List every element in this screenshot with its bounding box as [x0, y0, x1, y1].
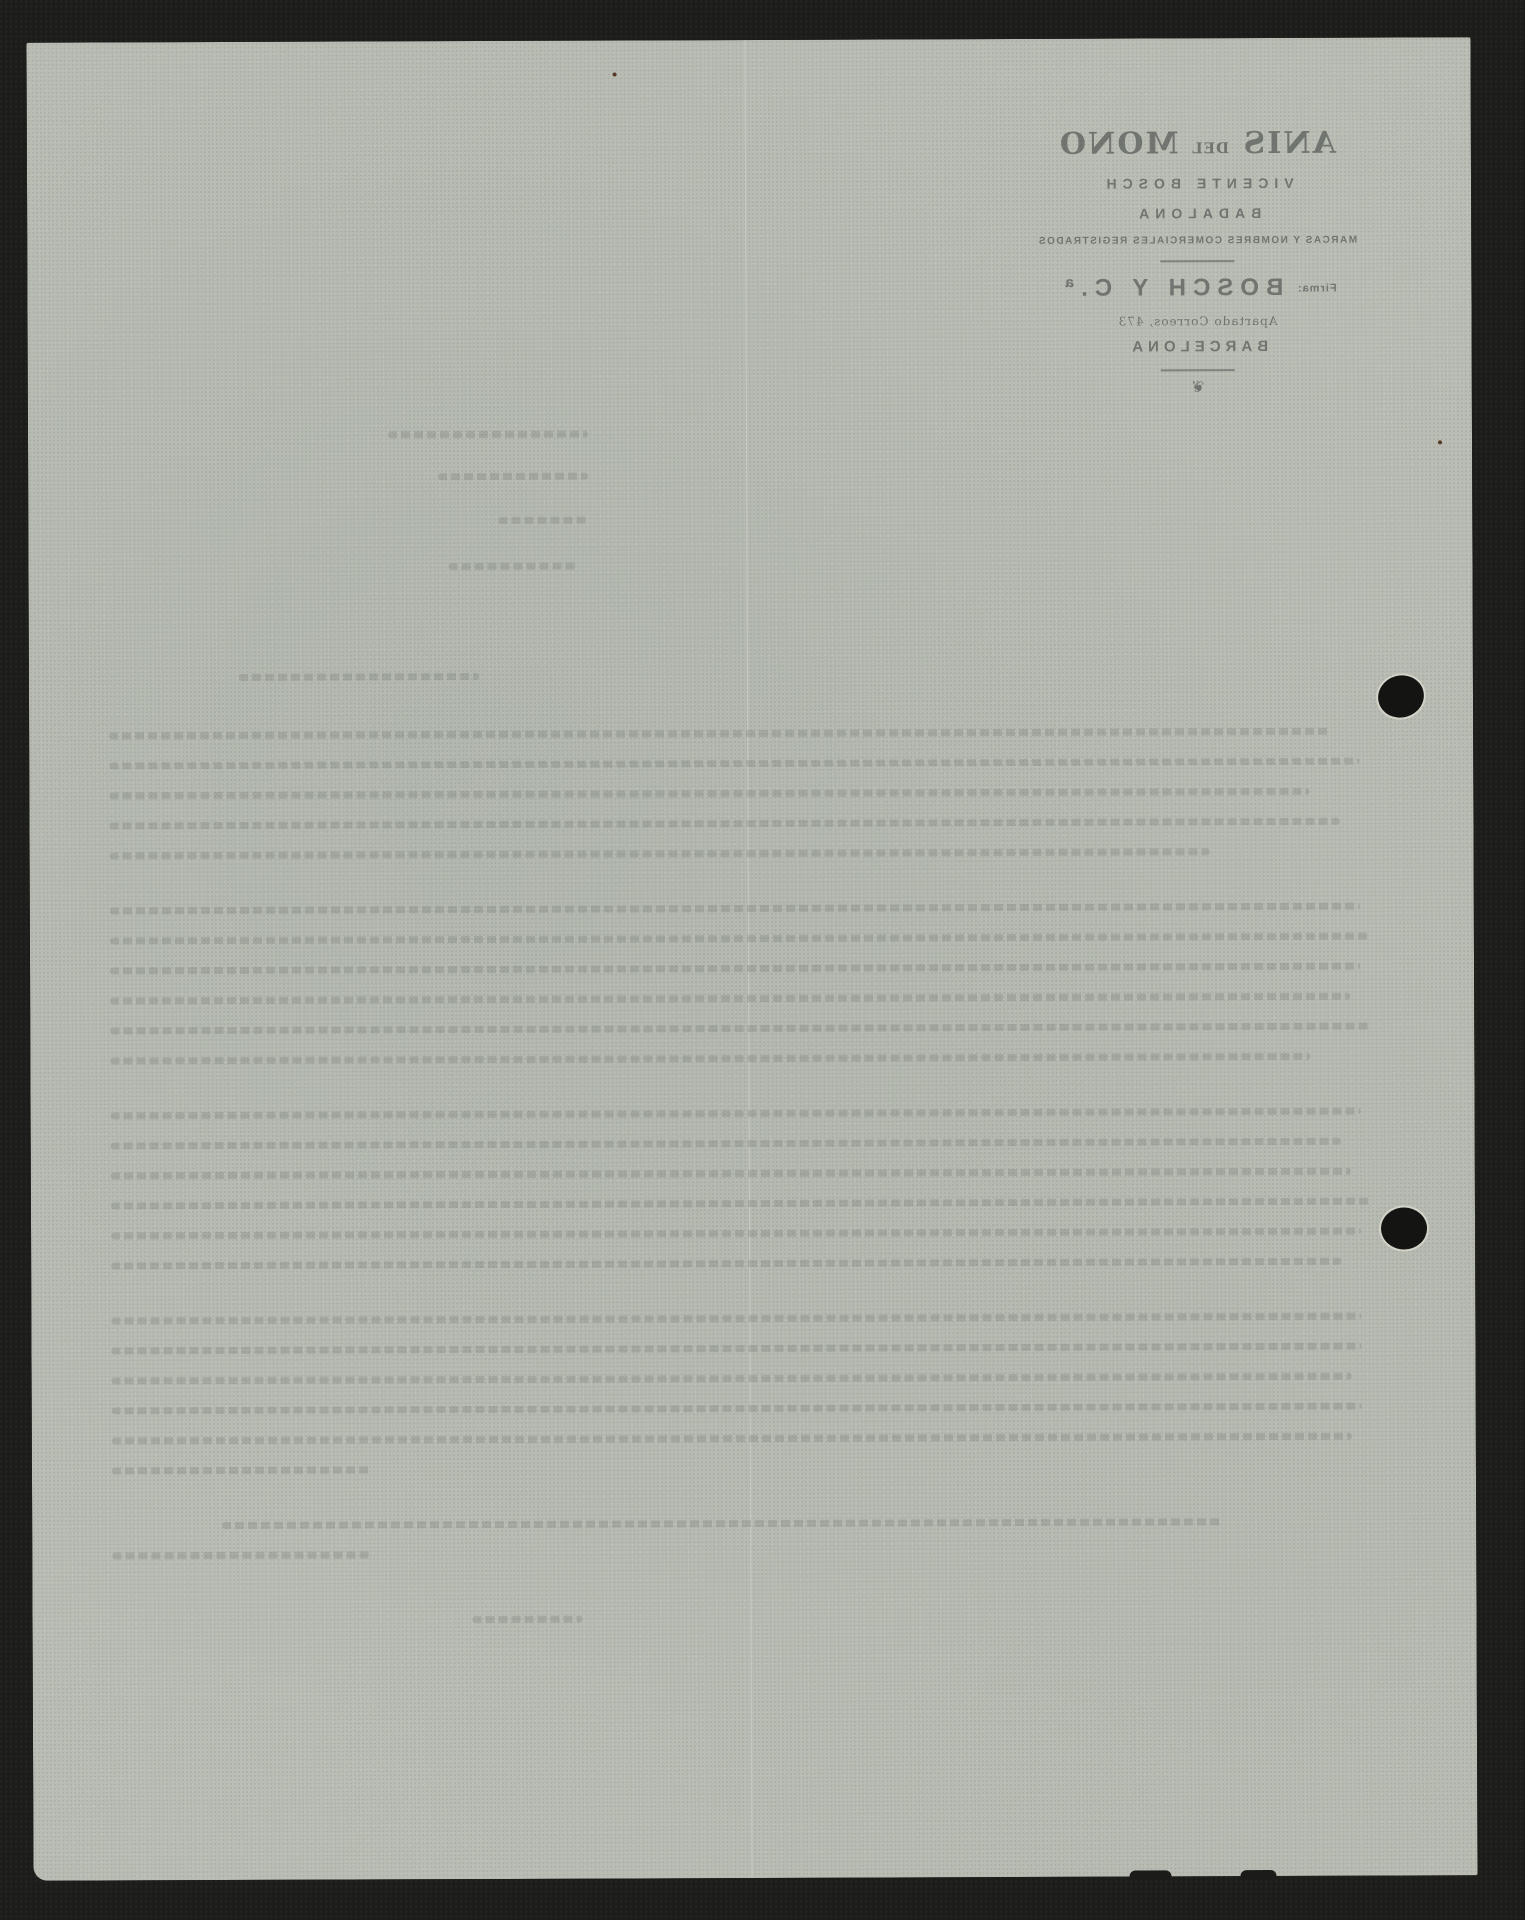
edge-tear — [1241, 1870, 1277, 1878]
ink-speck — [613, 73, 617, 77]
brand-word-3: MONO — [1058, 126, 1179, 161]
brand-name: ANIS DEL MONO — [987, 125, 1407, 162]
punch-hole-lower — [1381, 1207, 1427, 1249]
ink-speck — [1438, 440, 1442, 444]
letter-sheet: ANIS DEL MONO VICENTE BOSCH BADALONA MAR… — [26, 37, 1477, 1881]
letterhead: ANIS DEL MONO VICENTE BOSCH BADALONA MAR… — [987, 125, 1408, 398]
punch-hole-upper — [1373, 670, 1428, 723]
fold-crease — [744, 40, 753, 1878]
registration-note: MARCAS Y NOMBRES COMERCIALES REGISTRADOS — [987, 234, 1407, 247]
divider — [1160, 260, 1234, 262]
firm-label: Firma: — [1297, 282, 1337, 294]
city: BARCELONA — [988, 337, 1408, 356]
brand-word-2: DEL — [1191, 139, 1229, 157]
proprietor: VICENTE BOSCH — [987, 174, 1407, 192]
firm-value: BOSCH Y C.ª — [1058, 274, 1283, 302]
postal-address: Apartado Correos, 473 — [988, 313, 1408, 329]
firm-name: Firma: BOSCH Y C.ª — [987, 273, 1407, 303]
divider-2 — [1161, 369, 1235, 371]
edge-tear — [1130, 1870, 1172, 1878]
brand-word-1: ANIS — [1242, 126, 1337, 161]
town: BADALONA — [987, 204, 1407, 222]
ornament-icon: ❦ — [988, 376, 1408, 398]
